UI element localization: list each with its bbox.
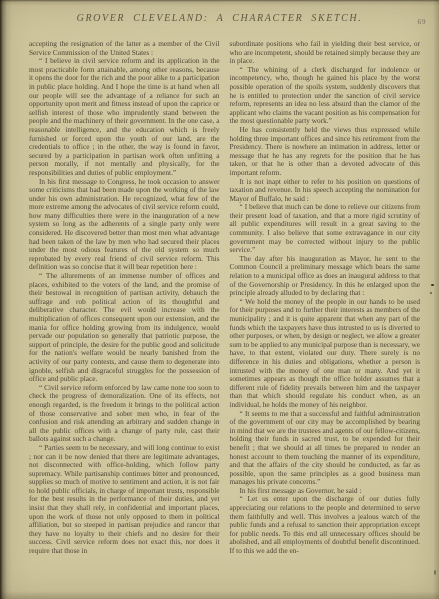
scan-artifact	[430, 292, 432, 294]
paragraph: “ The whining of a clerk discharged for …	[230, 66, 421, 126]
paragraph: “ We hold the money of the people in our…	[230, 298, 421, 410]
scan-artifact	[434, 570, 436, 575]
paragraph: It is not inapt either to refer to his p…	[230, 178, 421, 204]
scan-artifact	[431, 284, 434, 286]
paragraph: “ The allurements of an immense number o…	[29, 272, 220, 384]
paragraph: “ It seems to me that a successful and f…	[230, 410, 421, 487]
paragraph: accepting the resignation of the latter …	[29, 40, 220, 57]
right-column: subordinate positions who fail in yieldi…	[230, 40, 421, 556]
paragraph: In his first message to Congress, he too…	[29, 178, 220, 273]
page-number: 69	[418, 17, 427, 26]
paragraph: The day after his inauguration as Mayor,…	[230, 255, 421, 298]
running-header-title: GROVER CLEVELAND: A CHARACTER SKETCH.	[0, 13, 439, 24]
paragraph: “ Parties seem to be necessary, and will…	[29, 444, 220, 556]
book-page: GROVER CLEVELAND: A CHARACTER SKETCH. 69…	[0, 0, 439, 599]
left-column: accepting the resignation of the latter …	[29, 40, 220, 556]
paragraph: He has consistently held the views thus …	[230, 126, 421, 178]
paragraph: “ I believe in civil service reform and …	[29, 57, 220, 177]
paragraph: “ I believe that much can be done to rel…	[230, 203, 421, 255]
paragraph: subordinate positions who fail in yieldi…	[230, 40, 421, 66]
text-columns: accepting the resignation of the latter …	[29, 40, 420, 556]
paragraph: “ Civil service reform enforced by law c…	[29, 384, 220, 444]
paragraph: “ Let us enter upon the discharge of our…	[230, 495, 421, 555]
